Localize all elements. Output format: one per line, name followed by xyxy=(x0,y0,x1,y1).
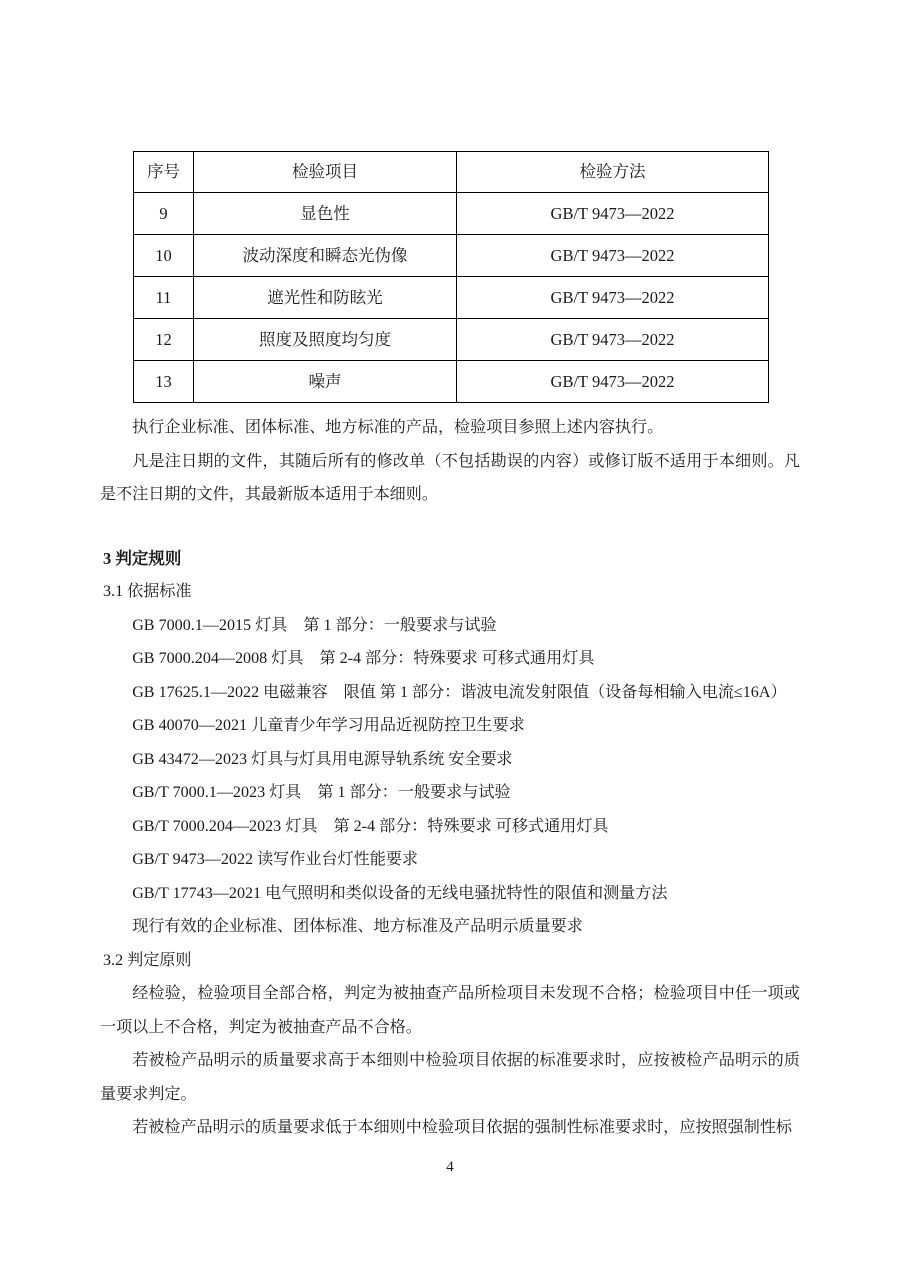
inspection-table: 序号 检验项目 检验方法 9 显色性 GB/T 9473—2022 10 波动深… xyxy=(133,151,769,403)
table-header-row: 序号 检验项目 检验方法 xyxy=(134,152,769,193)
standards-list: GB 7000.1—2015 灯具 第 1 部分：一般要求与试验 GB 7000… xyxy=(100,609,800,944)
standard-list-item: GB 7000.204—2008 灯具 第 2-4 部分：特殊要求 可移式通用灯… xyxy=(100,642,800,676)
standard-list-item: GB/T 9473—2022 读写作业台灯性能要求 xyxy=(100,843,800,877)
column-header-method: 检验方法 xyxy=(457,152,769,193)
judgment-paragraph-lower-requirements: 若被检产品明示的质量要求低于本细则中检验项目依据的强制性标准要求时，应按照强制性… xyxy=(100,1111,800,1145)
row-method: GB/T 9473—2022 xyxy=(457,319,769,361)
row-item: 显色性 xyxy=(194,193,457,235)
row-method: GB/T 9473—2022 xyxy=(457,235,769,277)
table-row: 13 噪声 GB/T 9473—2022 xyxy=(134,361,769,403)
standard-list-item: GB/T 7000.204—2023 灯具 第 2-4 部分：特殊要求 可移式通… xyxy=(100,810,800,844)
judgment-paragraph-pass-fail: 经检验，检验项目全部合格，判定为被抽查产品所检项目未发现不合格；检验项目中任一项… xyxy=(100,977,800,1044)
standard-list-item: 现行有效的企业标准、团体标准、地方标准及产品明示质量要求 xyxy=(100,910,800,944)
subsection-heading-basis-standards: 3.1 依据标准 xyxy=(103,575,800,609)
table-row: 11 遮光性和防眩光 GB/T 9473—2022 xyxy=(134,277,769,319)
standard-list-item: GB 40070—2021 儿童青少年学习用品近视防控卫生要求 xyxy=(100,709,800,743)
document-page: 序号 检验项目 检验方法 9 显色性 GB/T 9473—2022 10 波动深… xyxy=(0,0,900,1273)
table-row: 10 波动深度和瞬态光伪像 GB/T 9473—2022 xyxy=(134,235,769,277)
standard-list-item: GB 7000.1—2015 灯具 第 1 部分：一般要求与试验 xyxy=(100,609,800,643)
row-item: 遮光性和防眩光 xyxy=(194,277,457,319)
row-method: GB/T 9473—2022 xyxy=(457,361,769,403)
row-index: 11 xyxy=(134,277,194,319)
standard-list-item: GB 43472—2023 灯具与灯具用电源导轨系统 安全要求 xyxy=(100,743,800,777)
notes-block: 执行企业标准、团体标准、地方标准的产品，检验项目参照上述内容执行。 凡是注日期的… xyxy=(100,411,800,512)
table-row: 12 照度及照度均匀度 GB/T 9473—2022 xyxy=(134,319,769,361)
row-index: 9 xyxy=(134,193,194,235)
row-index: 10 xyxy=(134,235,194,277)
table-row: 9 显色性 GB/T 9473—2022 xyxy=(134,193,769,235)
subsection-heading-judgment-principles: 3.2 判定原则 xyxy=(103,944,800,978)
row-index: 13 xyxy=(134,361,194,403)
judgment-paragraph-higher-requirements: 若被检产品明示的质量要求高于本细则中检验项目依据的标准要求时，应按被检产品明示的… xyxy=(100,1044,800,1111)
standard-list-item: GB/T 7000.1—2023 灯具 第 1 部分：一般要求与试验 xyxy=(100,776,800,810)
page-number: 4 xyxy=(0,1157,900,1177)
row-item: 噪声 xyxy=(194,361,457,403)
row-method: GB/T 9473—2022 xyxy=(457,193,769,235)
section-heading-judgment-rules: 3 判定规则 xyxy=(103,542,800,576)
row-method: GB/T 9473—2022 xyxy=(457,277,769,319)
column-header-index: 序号 xyxy=(134,152,194,193)
standard-list-item: GB/T 17743—2021 电气照明和类似设备的无线电骚扰特性的限值和测量方… xyxy=(100,877,800,911)
standard-list-item: GB 17625.1—2022 电磁兼容 限值 第 1 部分：谐波电流发射限值（… xyxy=(100,676,800,710)
column-header-item: 检验项目 xyxy=(194,152,457,193)
note-paragraph-execution: 执行企业标准、团体标准、地方标准的产品，检验项目参照上述内容执行。 xyxy=(100,411,800,445)
row-item: 波动深度和瞬态光伪像 xyxy=(194,235,457,277)
row-index: 12 xyxy=(134,319,194,361)
note-paragraph-dated-documents: 凡是注日期的文件，其随后所有的修改单（不包括勘误的内容）或修订版不适用于本细则。… xyxy=(100,445,800,512)
row-item: 照度及照度均匀度 xyxy=(194,319,457,361)
